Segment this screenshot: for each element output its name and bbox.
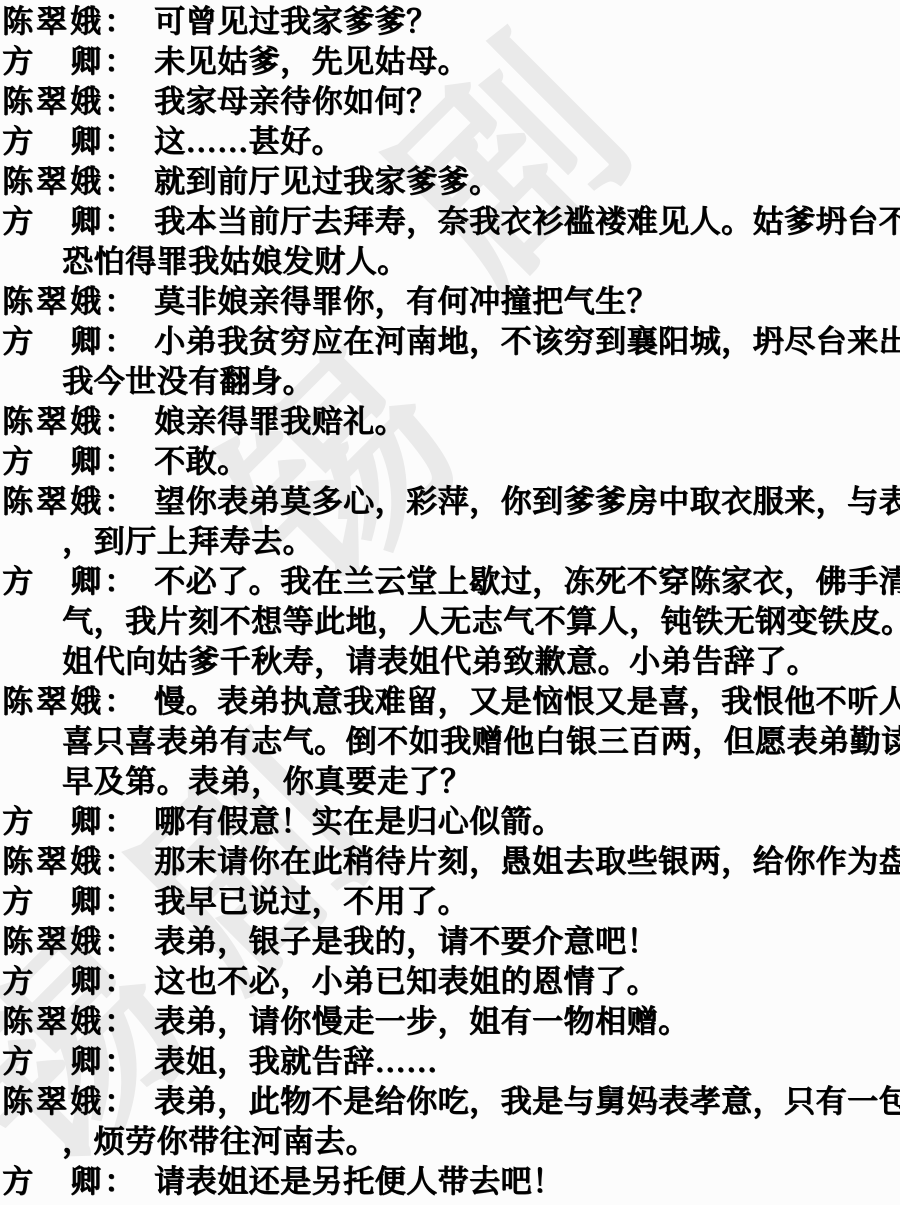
speaker-label: 陈翠娥： <box>2 842 154 882</box>
dialogue-line-continuation: 姐代向姑爹千秋寿，请表姐代弟致歉意。小弟告辞了。 <box>2 642 900 682</box>
speech-text: 就到前厅见过我家爹爹。 <box>154 164 501 199</box>
dialogue-line: 陈翠娥：慢。表弟执意我难留，又是恼恨又是喜，我恨他不听人相劝， <box>2 682 900 722</box>
dialogue-line: 陈翠娥：表弟，请你慢走一步，姐有一物相赠。 <box>2 1002 900 1042</box>
speaker-label: 陈翠娥： <box>2 2 154 42</box>
speech-text: 可曾见过我家爹爹？ <box>154 4 438 39</box>
dialogue-line-continuation: 气，我片刻不想等此地，人无志气不算人，钝铁无钢变铁皮。请表 <box>2 602 900 642</box>
speech-text: 我家母亲待你如何？ <box>154 84 438 119</box>
speech-text: 这……甚好。 <box>154 124 343 159</box>
speech-text: 莫非娘亲得罪你，有何冲撞把气生？ <box>154 284 658 319</box>
speaker-label: 方 卿： <box>2 322 154 362</box>
speech-text: 小弟我贫穷应在河南地，不该穷到襄阳城，坍尽台来出尽丑， <box>154 324 900 359</box>
speaker-label: 陈翠娥： <box>2 682 154 722</box>
dialogue-line-continuation: ，到厅上拜寿去。 <box>2 522 900 562</box>
dialogue-line: 方 卿：这……甚好。 <box>2 122 900 162</box>
dialogue-line: 陈翠娥：我家母亲待你如何？ <box>2 82 900 122</box>
speaker-label: 陈翠娥： <box>2 1082 154 1122</box>
dialogue-line-continuation: ，烦劳你带往河南去。 <box>2 1122 900 1162</box>
speech-text: 我早已说过，不用了。 <box>154 884 469 919</box>
dialogue-line: 陈翠娥：就到前厅见过我家爹爹。 <box>2 162 900 202</box>
dialogue-line: 方 卿：我本当前厅去拜寿，奈我衣衫褴褛难见人。姑爹坍台不要紧， <box>2 202 900 242</box>
speaker-label: 陈翠娥： <box>2 402 154 442</box>
speaker-label: 方 卿： <box>2 442 154 482</box>
speaker-label: 方 卿： <box>2 202 154 242</box>
dialogue-line: 方 卿：哪有假意！实在是归心似箭。 <box>2 802 900 842</box>
speaker-label: 方 卿： <box>2 802 154 842</box>
speech-text: 慢。表弟执意我难留，又是恼恨又是喜，我恨他不听人相劝， <box>154 684 900 719</box>
dialogue-line: 方 卿：我早已说过，不用了。 <box>2 882 900 922</box>
dialogue-line: 方 卿：这也不必，小弟已知表姐的恩情了。 <box>2 962 900 1002</box>
speaker-label: 陈翠娥： <box>2 1002 154 1042</box>
speaker-label: 陈翠娥： <box>2 282 154 322</box>
speech-text: 表姐，我就告辞…… <box>154 1044 438 1079</box>
dialogue-line-continuation: 恐怕得罪我姑娘发财人。 <box>2 242 900 282</box>
speech-text: 请表姐还是另托便人带去吧！ <box>154 1164 564 1199</box>
speaker-label: 方 卿： <box>2 962 154 1002</box>
dialogue-line: 陈翠娥：娘亲得罪我赔礼。 <box>2 402 900 442</box>
speaker-label: 陈翠娥： <box>2 82 154 122</box>
dialogue-line-continuation: 喜只喜表弟有志气。倒不如我赠他白银三百两，但愿表弟勤读史书 <box>2 722 900 762</box>
dialogue-line-continuation: 早及第。表弟，你真要走了？ <box>2 762 900 802</box>
speech-text: 表弟，银子是我的，请不要介意吧！ <box>154 924 658 959</box>
dialogue-line-continuation: 我今世没有翻身。 <box>2 362 900 402</box>
speech-text: 不敢。 <box>154 444 249 479</box>
dialogue-line: 方 卿：请表姐还是另托便人带去吧！ <box>2 1162 900 1202</box>
dialogue-line: 陈翠娥：望你表弟莫多心，彩萍，你到爹爹房中取衣服来，与表弟更换 <box>2 482 900 522</box>
dialogue-line: 方 卿：未见姑爹，先见姑母。 <box>2 42 900 82</box>
speech-text: 未见姑爹，先见姑母。 <box>154 44 469 79</box>
speaker-label: 方 卿： <box>2 42 154 82</box>
speech-text: 我本当前厅去拜寿，奈我衣衫褴褛难见人。姑爹坍台不要紧， <box>154 204 900 239</box>
dialogue-line: 方 卿：不必了。我在兰云堂上歇过，冻死不穿陈家衣，佛手清香人争 <box>2 562 900 602</box>
dialogue-line: 陈翠娥：莫非娘亲得罪你，有何冲撞把气生？ <box>2 282 900 322</box>
speaker-label: 方 卿： <box>2 562 154 602</box>
speech-text: 哪有假意！实在是归心似箭。 <box>154 804 564 839</box>
speech-text: 望你表弟莫多心，彩萍，你到爹爹房中取衣服来，与表弟更换 <box>154 484 900 519</box>
dialogue-line: 陈翠娥：表弟，银子是我的，请不要介意吧！ <box>2 922 900 962</box>
speaker-label: 方 卿： <box>2 882 154 922</box>
dialogue-line: 陈翠娥：表弟，此物不是给你吃，我是与舅妈表孝意，只有一包干点心 <box>2 1082 900 1122</box>
speech-text: 表弟，请你慢走一步，姐有一物相赠。 <box>154 1004 690 1039</box>
dialogue-line: 陈翠娥：那末请你在此稍待片刻，愚姐去取些银两，给你作为盘费。 <box>2 842 900 882</box>
speech-text: 不必了。我在兰云堂上歇过，冻死不穿陈家衣，佛手清香人争 <box>154 564 900 599</box>
speaker-label: 陈翠娥： <box>2 162 154 202</box>
speech-text: 这也不必，小弟已知表姐的恩情了。 <box>154 964 658 999</box>
speaker-label: 方 卿： <box>2 1042 154 1082</box>
dialogue-line: 陈翠娥：可曾见过我家爹爹？ <box>2 2 900 42</box>
script-page: 剧锡剧锡 陈翠娥：可曾见过我家爹爹？方 卿：未见姑爹，先见姑母。陈翠娥：我家母亲… <box>0 0 900 1205</box>
dialogue-line: 方 卿：不敢。 <box>2 442 900 482</box>
speech-text: 娘亲得罪我赔礼。 <box>154 404 406 439</box>
dialogue-line: 方 卿：小弟我贫穷应在河南地，不该穷到襄阳城，坍尽台来出尽丑， <box>2 322 900 362</box>
speech-text: 那末请你在此稍待片刻，愚姐去取些银两，给你作为盘费。 <box>154 844 900 879</box>
speaker-label: 陈翠娥： <box>2 922 154 962</box>
dialogue-text: 陈翠娥：可曾见过我家爹爹？方 卿：未见姑爹，先见姑母。陈翠娥：我家母亲待你如何？… <box>2 2 900 1202</box>
speaker-label: 方 卿： <box>2 122 154 162</box>
dialogue-line: 方 卿：表姐，我就告辞…… <box>2 1042 900 1082</box>
speech-text: 表弟，此物不是给你吃，我是与舅妈表孝意，只有一包干点心 <box>154 1084 900 1119</box>
speaker-label: 陈翠娥： <box>2 482 154 522</box>
speaker-label: 方 卿： <box>2 1162 154 1202</box>
